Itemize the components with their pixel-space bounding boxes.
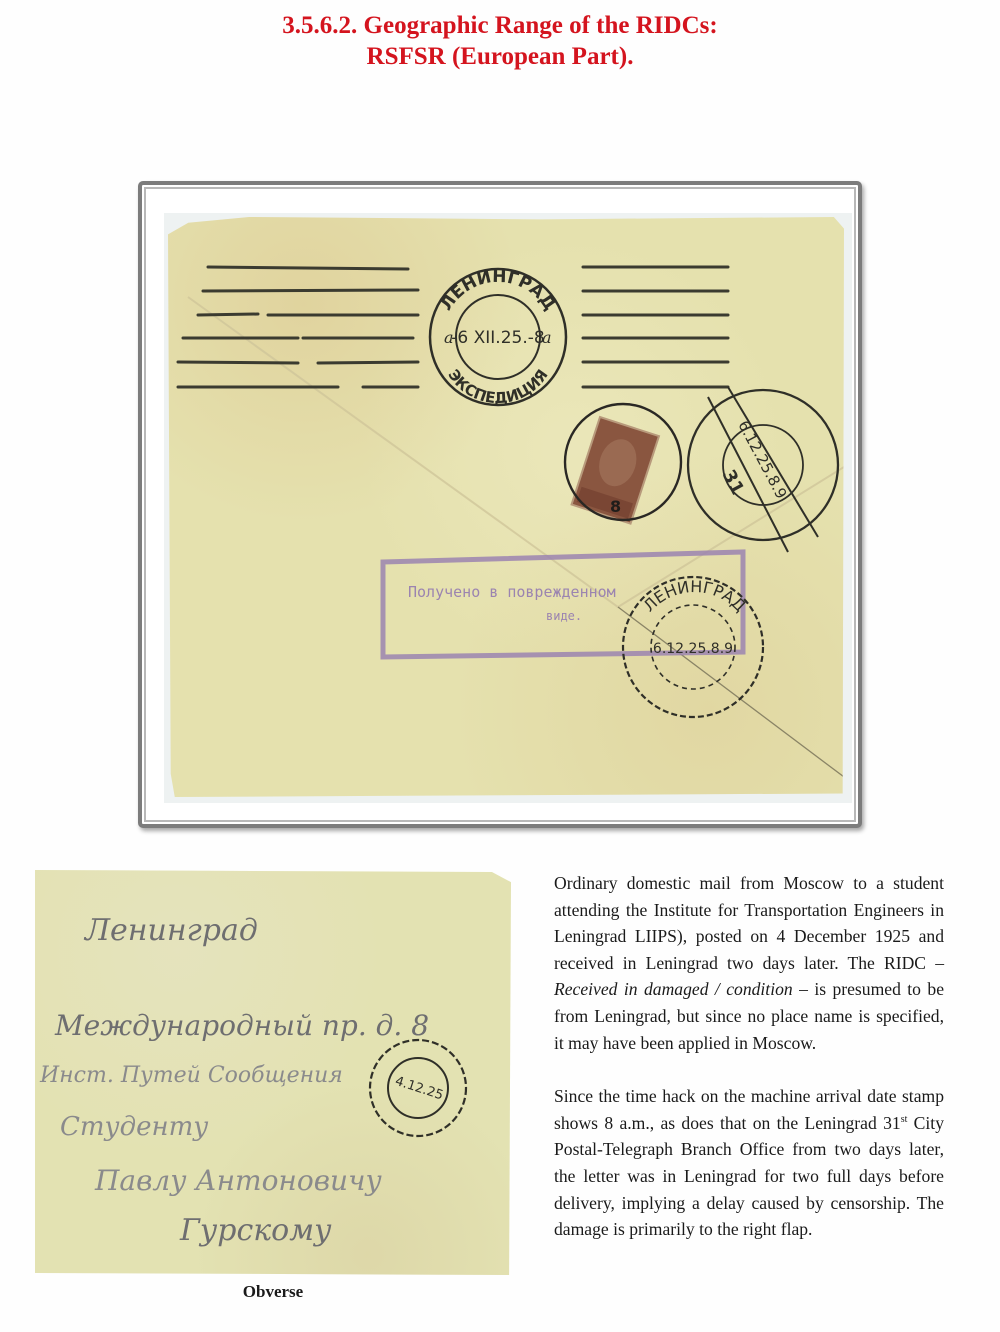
envelope-reverse: -6 XII.25.-8 а а ЛЕНИНГРАД ЭКСПЕДИЦИЯ 8 (168, 217, 844, 797)
svg-text:виде.: виде. (546, 609, 582, 623)
svg-text:-6 XII.25.-8: -6 XII.25.-8 (451, 328, 544, 348)
obverse-envelope-photo: Ленинград Международный пр. д. 8 Инст. П… (35, 870, 511, 1275)
svg-text:Павлу Антоновичу: Павлу Антоновичу (94, 1164, 382, 1197)
reverse-image-frame: -6 XII.25.-8 а а ЛЕНИНГРАД ЭКСПЕДИЦИЯ 8 (138, 181, 862, 828)
title-line-2: RSFSR (European Part). (0, 41, 1000, 72)
svg-text:Ленинград: Ленинград (83, 913, 258, 948)
description-paragraph-2: Since the time hack on the machine arriv… (554, 1083, 944, 1243)
ridc-text: Received in damaged / condition (554, 979, 793, 999)
obverse-caption: Obverse (35, 1282, 511, 1302)
svg-text:ЭКСПЕДИЦИЯ: ЭКСПЕДИЦИЯ (444, 366, 551, 407)
page-title: 3.5.6.2. Geographic Range of the RIDCs: … (0, 10, 1000, 72)
obverse-markings: Ленинград Международный пр. д. 8 Инст. П… (35, 870, 511, 1275)
envelope-markings: -6 XII.25.-8 а а ЛЕНИНГРАД ЭКСПЕДИЦИЯ 8 (168, 217, 844, 797)
svg-text:Международный пр. д. 8: Международный пр. д. 8 (54, 1009, 429, 1042)
reverse-envelope-photo: -6 XII.25.-8 а а ЛЕНИНГРАД ЭКСПЕДИЦИЯ 8 (164, 213, 852, 803)
title-line-1: 3.5.6.2. Geographic Range of the RIDCs: (0, 10, 1000, 41)
svg-text:а: а (444, 328, 454, 347)
svg-text:31: 31 (718, 466, 748, 498)
description: Ordinary domestic mail from Moscow to a … (554, 870, 944, 1270)
svg-text:Студенту: Студенту (60, 1112, 208, 1142)
svg-text:Получено в поврежденном: Получено в поврежденном (408, 583, 616, 601)
description-paragraph-1: Ordinary domestic mail from Moscow to a … (554, 870, 944, 1056)
svg-text:ЛЕНИНГРАД: ЛЕНИНГРАД (436, 267, 559, 314)
svg-text:а: а (542, 328, 552, 347)
svg-text:4.12.25: 4.12.25 (393, 1074, 445, 1104)
svg-text:6.12.25.8.9: 6.12.25.8.9 (653, 641, 733, 657)
svg-text:Инст. Путей Сообщения: Инст. Путей Сообщения (39, 1063, 343, 1088)
svg-text:8: 8 (610, 497, 621, 516)
svg-text:Гурскому: Гурскому (179, 1213, 332, 1248)
